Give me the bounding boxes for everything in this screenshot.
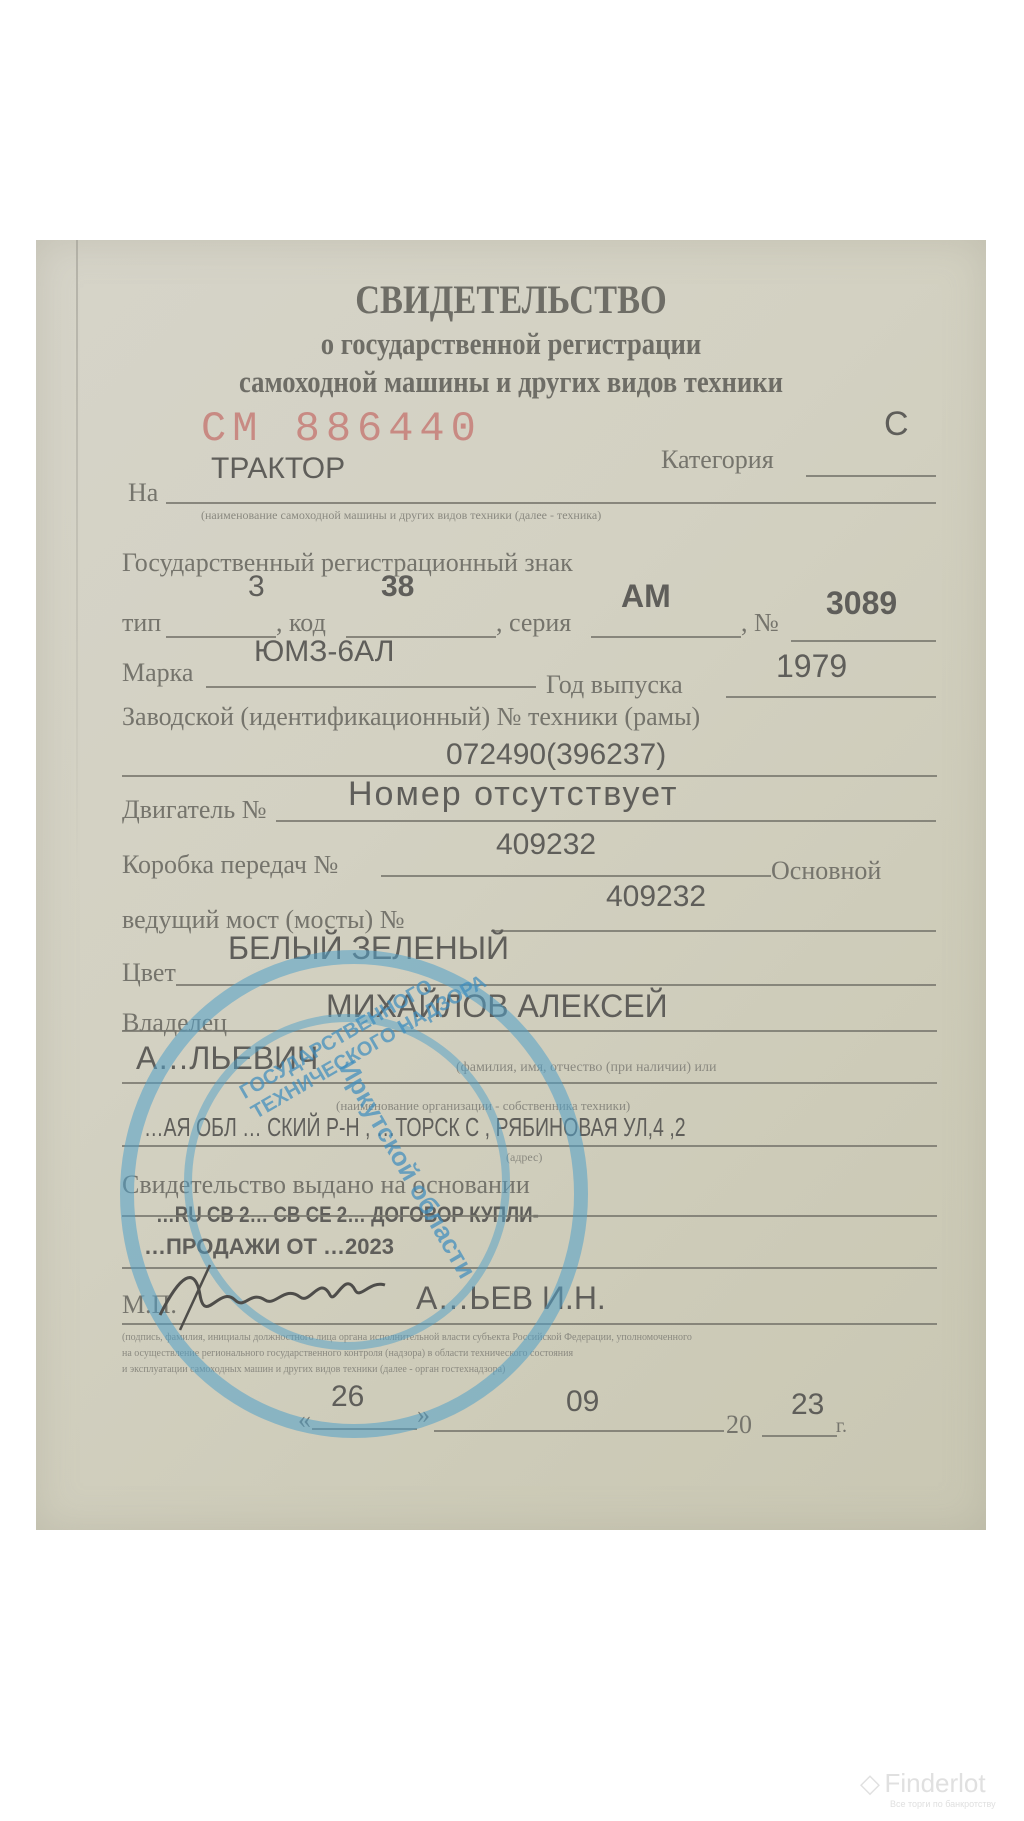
engine-label: Двигатель № bbox=[122, 795, 267, 825]
seria-value: АМ bbox=[621, 578, 671, 615]
year-value: 1979 bbox=[776, 648, 847, 685]
document-title: СВИДЕТЕЛЬСТВО bbox=[103, 276, 920, 323]
basis-label: Свидетельство выдано на основании bbox=[122, 1170, 530, 1200]
inspector-name: А…ЬЕВ И.Н. bbox=[416, 1280, 606, 1317]
date-open: « bbox=[298, 1405, 311, 1435]
marka-label: Марка bbox=[122, 658, 193, 688]
gearbox-value: 409232 bbox=[496, 828, 596, 862]
finderlot-watermark: ◇ Finderlot Все торги по банкротству bbox=[860, 1768, 996, 1809]
seria-label: , серия bbox=[496, 608, 571, 638]
signature bbox=[150, 1255, 410, 1335]
date-close: » bbox=[417, 1400, 430, 1430]
tip-label: тип bbox=[122, 608, 161, 638]
watermark-brand: Finderlot bbox=[884, 1768, 985, 1798]
owner-caption-1: (фамилия, имя, отчество (при наличии) ил… bbox=[456, 1060, 717, 1076]
paper-fold bbox=[76, 240, 78, 880]
tip-value: 3 bbox=[248, 570, 265, 604]
document-subtitle-2: самоходной машины и других видов техники bbox=[103, 364, 920, 400]
reg-sign-label: Государственный регистрационный знак bbox=[122, 548, 573, 578]
owner-label: Владелец bbox=[122, 1008, 227, 1038]
date-month: 09 bbox=[566, 1385, 599, 1419]
date-day: 26 bbox=[331, 1380, 364, 1414]
watermark-tagline: Все торги по банкротству bbox=[890, 1799, 996, 1809]
serial-number: СМ 886440 bbox=[201, 405, 482, 453]
authority-caption: (подпись, фамилия, инициалы должностного… bbox=[122, 1330, 937, 1378]
date-year: 23 bbox=[791, 1388, 824, 1422]
frame-value: 072490(396237) bbox=[446, 738, 666, 772]
nomer-value: 3089 bbox=[826, 585, 897, 622]
kod-label: , код bbox=[276, 608, 326, 638]
machine-name: ТРАКТОР bbox=[211, 452, 345, 486]
na-label: На bbox=[128, 478, 158, 508]
finderlot-logo-icon: ◇ bbox=[860, 1768, 880, 1798]
registration-certificate: СВИДЕТЕЛЬСТВО о государственной регистра… bbox=[36, 240, 986, 1530]
owner-name-2: А…ЛЬЕВИЧ bbox=[136, 1040, 318, 1077]
main-label: Основной bbox=[771, 856, 881, 886]
engine-value: Номер отсутствует bbox=[348, 775, 679, 814]
color-value: БЕЛЫЙ ЗЕЛЕНЫЙ bbox=[228, 930, 509, 967]
year-label: Год выпуска bbox=[546, 670, 683, 700]
marka-value: ЮМЗ-6АЛ bbox=[254, 635, 394, 669]
document-subtitle-1: о государственной регистрации bbox=[103, 326, 920, 362]
owner-name-1: МИХАЙЛОВ АЛЕКСЕЙ bbox=[326, 988, 668, 1025]
color-label: Цвет bbox=[122, 958, 176, 988]
address-caption: (адрес) bbox=[506, 1150, 542, 1165]
authority-caption-3: и эксплуатации самоходных машин и других… bbox=[122, 1364, 505, 1375]
date-suffix: г. bbox=[836, 1415, 847, 1438]
nomer-label: , № bbox=[741, 608, 779, 638]
frame-label: Заводской (идентификационный) № техники … bbox=[122, 702, 700, 732]
authority-caption-2: на осуществление регионального государст… bbox=[122, 1348, 573, 1359]
owner-address: …АЯ ОБЛ … СКИЙ Р-Н , …ТОРСК С , РЯБИНОВА… bbox=[144, 1112, 686, 1143]
kod-value: 38 bbox=[381, 570, 414, 604]
na-caption: (наименование самоходной машины и других… bbox=[201, 508, 601, 523]
axle-value: 409232 bbox=[606, 880, 706, 914]
category-label: Категория bbox=[661, 445, 774, 475]
gearbox-label: Коробка передач № bbox=[122, 850, 338, 880]
category-value: C bbox=[884, 405, 909, 444]
date-century: 20 bbox=[726, 1410, 752, 1440]
